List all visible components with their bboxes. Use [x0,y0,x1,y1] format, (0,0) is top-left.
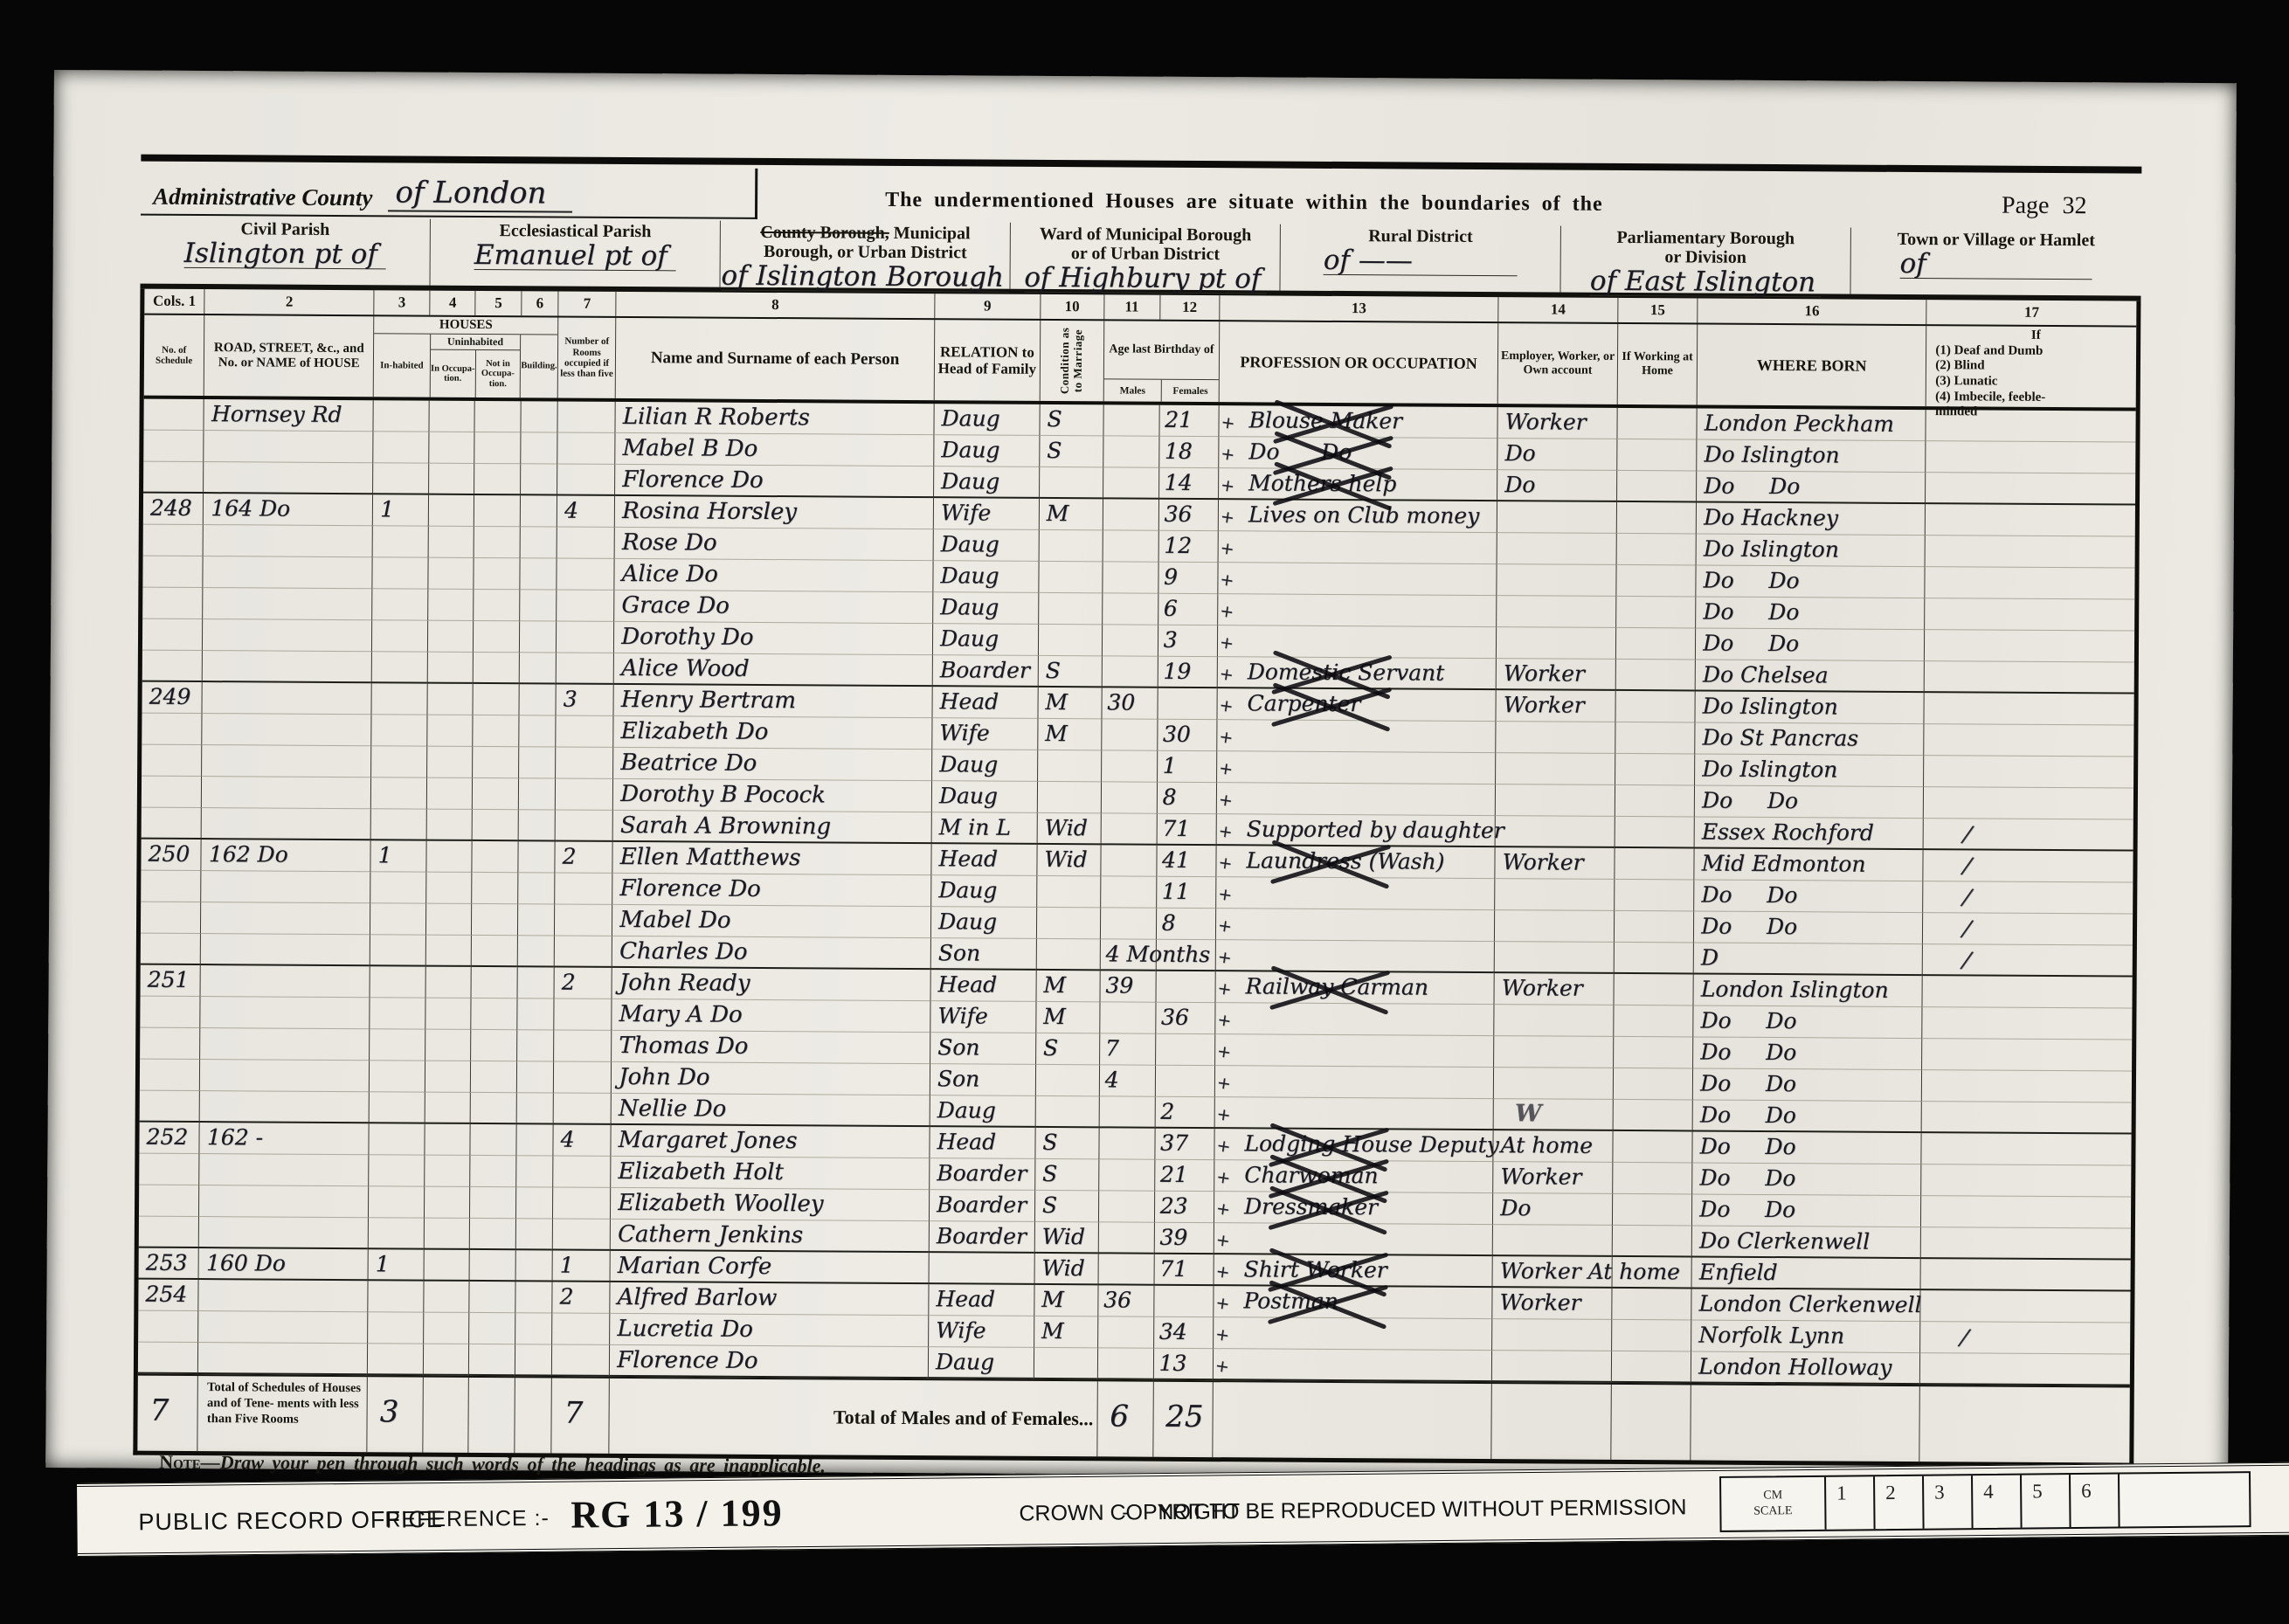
where-born-cell: Do Do [1692,1068,1921,1102]
age-females-cell: 36 [1158,500,1218,531]
relation-cell: Daug [932,624,1038,656]
profession-cell: +Carpenter [1216,688,1495,722]
working-at-home-cell [1611,1351,1691,1384]
column-number: 15 [1617,298,1697,323]
inhabited-cell [370,935,425,966]
in-occupation-cell [423,1313,469,1344]
profession-cell: + [1213,1317,1491,1351]
employer-worker-cell: Worker [1497,407,1617,439]
age-females-cell: 6 [1158,594,1218,625]
working-at-home-cell [1614,880,1693,912]
person-name-cell: Ellen Matthews [612,842,931,875]
not-in-occupation-cell [469,1313,515,1344]
total-empty-cell [1610,1385,1691,1461]
schedule-number-cell [140,997,200,1028]
condition-cell: M [1039,499,1103,530]
person-name-cell: Charles Do [612,936,930,970]
employer-worker-cell [1491,1319,1611,1351]
footnote: Note—Draw your pen through such words of… [159,1451,826,1478]
column-number: 11 [1103,294,1159,319]
infirmity-header-line: (2) Blind [1935,359,1984,375]
not-in-occupation-cell [472,810,518,841]
condition-cell: S [1035,1033,1099,1065]
employer-worker-cell [1496,596,1615,628]
inhabited-cell: 1 [372,494,428,526]
cm-scale-label-line: CM [1721,1488,1824,1504]
where-born-cell: Do Do [1695,597,1924,630]
condition-cell [1034,1348,1097,1379]
profession-text: Blouse Maker [1226,405,1402,436]
age-males-cell [1098,1128,1154,1159]
person-name-cell: Lucretia Do [609,1314,928,1347]
road-name-cell [199,1091,369,1123]
total-empty-cell [422,1378,468,1453]
situate-line: The undermentioned Houses are situate wi… [885,189,1603,217]
employer-worker-cell: Do [1497,439,1616,471]
col-header-not-in-occupation: Not in Occupa-tion. [475,350,520,397]
infirmity-cell [1925,567,2135,599]
col-header-relation: RELATION to Head of Family [934,320,1040,401]
district-field: Rural Districtof —— [1281,225,1561,293]
profession-cell: +Shirt Worker [1213,1254,1491,1288]
in-occupation-cell [426,810,473,841]
cm-scale-ruler: CMSCALE123456 [1719,1471,2251,1532]
district-label: Ward of Municipal Borough [1040,225,1252,245]
profession-text: Lives on Club money [1226,500,1480,531]
person-name-cell: Elizabeth Do [612,716,931,750]
where-born-cell: Do Chelsea [1695,660,1924,693]
profession-text: Shirt Worker [1221,1254,1387,1285]
in-occupation-cell [428,527,474,558]
schedule-number-cell [142,777,202,808]
profession-text: Dressmaker [1221,1192,1378,1222]
profession-cell: + [1217,563,1496,596]
district-value: of [1899,251,2092,280]
not-in-occupation-cell [469,1187,515,1219]
person-name-cell: Florence Do [609,1345,928,1379]
infirmity-cell [1921,1039,2132,1071]
relation-cell: Daug [931,781,1037,813]
district-value: Islington pt of [184,240,386,269]
person-name-cell: Nellie Do [611,1094,930,1127]
age-females-cell: 18 [1158,437,1219,468]
age-males-cell: 36 [1097,1285,1153,1316]
condition-cell: Wid [1034,1222,1098,1254]
inhabited-cell [370,809,426,840]
footnote-note-word: Note [159,1451,201,1473]
where-born-cell: Do Clerkenwell [1691,1226,1920,1259]
in-occupation-cell [424,1187,470,1219]
infirmity-cell [1924,661,2134,694]
building-cell [518,747,555,778]
relation-cell: Daug [931,750,1037,782]
enumerator-tick-mark: + [1216,910,1234,942]
schedule-number-cell [143,462,204,494]
age-males-cell [1098,1096,1154,1128]
person-name-cell: Grace Do [613,591,932,624]
working-at-home-cell [1613,1100,1692,1132]
working-at-home-cell [1613,1005,1692,1038]
employer-worker-cell: W [1493,1099,1613,1131]
inhabited-cell [369,1123,425,1155]
working-at-home-cell [1616,502,1696,535]
where-born-cell: D [1693,943,1922,976]
schedule-number-cell [141,902,201,934]
profession-text: Supported by daughter [1224,814,1504,846]
not-in-occupation-cell [471,904,517,936]
col-header-condition-text: Condition as to Marriage [1059,322,1085,399]
inhabited-cell [370,777,426,809]
age-males-cell [1103,499,1158,530]
in-occupation-cell [427,653,474,684]
enumerator-tick-mark: + [1215,1005,1234,1036]
schedule-number-cell [140,1060,200,1091]
age-males-cell [1098,1191,1154,1222]
where-born-cell: London Islington [1693,974,1922,1007]
person-name-cell: Dorothy Do [613,622,932,655]
profession-cell: + [1214,1097,1493,1130]
schedule-number-cell: 249 [142,682,203,714]
building-cell [517,873,554,904]
not-in-occupation-cell [470,1124,516,1156]
relation-cell: Wife [930,1001,1035,1033]
ruler-cm-cell: 2 [1873,1476,1923,1530]
schedule-number-cell [140,1028,200,1060]
infirmity-cell [1919,1353,2130,1386]
profession-cell: + [1214,1066,1493,1099]
relation-cell: Head [931,687,1037,719]
in-occupation-cell [426,747,473,778]
age-females-cell: 21 [1154,1160,1214,1192]
rooms-cell [553,1094,611,1125]
district-value: of —— [1324,247,1518,276]
table-body: Hornsey RdLilian R RobertsDaugS21+Blouse… [138,399,2136,1386]
person-name-cell: Florence Do [612,874,930,907]
inhabited-cell: 1 [368,1249,424,1281]
schedule-number-cell [138,1311,198,1343]
condition-cell [1037,782,1101,813]
total-schedules-value: 7 [137,1376,197,1451]
total-row: 7 Total of Schedules of Houses and of Te… [137,1374,2129,1463]
column-number: Cols. 1 [144,289,204,314]
road-name-cell [204,431,373,463]
schedule-number-cell: 251 [141,965,201,997]
infirmity-cell [1921,1133,2132,1165]
employer-worker-cell: Do [1492,1193,1612,1226]
condition-cell: Wid [1034,1254,1097,1285]
column-number: 8 [615,292,934,318]
inhabited-cell [368,1281,424,1312]
district-label: County Borough, Municipal [760,223,970,243]
condition-cell [1038,562,1102,593]
administrative-county-value: of London [388,175,572,212]
total-males-females-label: Total of Males and of Females... [609,1379,1097,1456]
employer-worker-cell [1491,1351,1611,1383]
where-born-cell: Do Islington [1695,691,1924,724]
person-name-cell: Dorothy B Pocock [612,779,931,812]
total-females-value: 25 [1152,1382,1213,1457]
condition-cell: M [1035,971,1099,1002]
enumerator-tick-mark: + [1217,753,1235,784]
age-males-cell [1101,656,1157,688]
not-in-occupation-cell [474,432,521,464]
rooms-cell [555,811,612,842]
employer-worker-cell: Worker [1495,847,1615,880]
person-name-cell: Alfred Barlow [609,1282,928,1316]
infirmity-stroke-mark: ∕ [1922,847,1974,880]
condition-cell [1037,750,1101,782]
district-label-line1: Civil Parish [241,219,330,239]
person-name-cell: Mabel B Do [614,433,933,466]
building-cell [516,999,553,1030]
inhabited-cell [372,526,428,557]
relation-cell: Head [930,844,1036,876]
building-cell [515,1156,552,1187]
road-name-cell [200,997,370,1029]
enumerator-tick-mark: + [1218,596,1236,627]
district-field: Ward of Municipal Boroughor of Urban Dis… [1011,223,1282,291]
infirmity-cell [1921,1070,2132,1102]
where-born-cell: Essex Rochford [1694,817,1923,850]
where-born-cell: Do Hackney [1696,502,1925,536]
district-label: Civil Parish [241,219,330,239]
age-females-cell: 34 [1153,1317,1214,1349]
building-cell [519,590,556,621]
age-males-cell [1102,530,1158,562]
in-occupation-cell [427,590,474,621]
infirmity-cell: ∕ [1923,850,2133,882]
district-label: Town or Village or Hamlet [1898,230,2095,250]
inhabited-cell [371,683,427,715]
condition-cell: S [1034,1191,1098,1222]
age-males-cell [1101,719,1157,750]
not-in-occupation-cell [471,999,517,1030]
building-cell [517,936,554,967]
not-in-occupation-cell [471,967,517,999]
employer-worker-cell: Worker [1492,1162,1612,1194]
profession-cell: +Mothers help [1218,468,1497,501]
infirmity-cell [1925,473,2135,505]
inhabited-cell [370,903,425,935]
relation-cell: Daug [928,1347,1034,1379]
age-males-cell [1100,813,1156,845]
infirmity-stroke-mark: ∕ [1922,878,1974,911]
enumerator-tick-mark: + [1214,1351,1232,1382]
building-cell [516,1030,553,1061]
reference-number: RG 13 / 199 [571,1490,784,1537]
working-at-home-cell [1615,754,1694,786]
where-born-cell: Do Do [1695,565,1924,598]
condition-cell [1036,908,1100,939]
ruler-cm-cell: 1 [1824,1476,1874,1530]
profession-text: Laundress (Wash) [1223,846,1444,877]
column-number: 9 [934,294,1040,319]
inhabited-cell [367,1344,423,1375]
employer-worker-cell [1492,1225,1612,1257]
building-cell [517,904,554,936]
age-males-cell [1103,436,1158,467]
in-occupation-cell [426,715,473,747]
cm-scale-label: CMSCALE [1721,1477,1825,1531]
schedule-number-cell: 252 [139,1123,199,1154]
in-occupation-cell [425,999,471,1030]
district-label-line1: Ecclesiastical Parish [499,221,651,241]
infirmity-cell [1924,598,2134,631]
col-header-uninhabited-group: Uninhabited In Occupa-tion. Not in Occup… [430,335,522,398]
not-in-occupation-cell [474,401,521,432]
col-header-infirmity: If(1) Deaf and Dumb(2) Blind(3) Lunatic(… [1926,326,2136,407]
inhabited-cell [368,1186,424,1218]
schedule-number-cell [142,619,203,651]
condition-cell: M [1035,1002,1099,1033]
age-females-cell: 19 [1157,657,1217,688]
employer-worker-cell: Worker [1494,973,1614,1005]
col-header-road: ROAD, STREET, &c., and No. or NAME of HO… [204,315,373,397]
not-in-occupation-cell [469,1219,515,1250]
col-header-rooms: Number of Rooms occupied if less than fi… [557,318,616,398]
district-label-line2: or of Urban District [1071,244,1220,264]
in-occupation-cell [428,495,474,527]
infirmity-cell [1924,693,2134,725]
enumerator-tick-mark: + [1215,1036,1234,1068]
age-males-cell [1102,593,1158,625]
district-label-line1: Town or Village or Hamlet [1898,230,2095,250]
age-males-cell [1102,625,1158,656]
age-males-cell [1101,782,1157,813]
not-in-occupation-cell [474,558,520,590]
person-name-cell: Rosina Horsley [614,496,933,529]
district-value: of East Islington [1590,268,1821,298]
relation-cell: M in L [931,812,1037,845]
road-name-cell [199,1028,369,1061]
district-label-line1: Parliamentary Borough [1616,228,1795,248]
person-name-cell: Henry Bertram [613,685,932,718]
working-at-home-cell [1613,1037,1692,1069]
relation-cell: Head [930,970,1035,1002]
age-males-cell [1097,1222,1153,1254]
col-header-condition: Condition as to Marriage [1040,321,1104,401]
inhabited-cell [371,589,427,620]
where-born-cell: Do Do [1692,1037,1921,1070]
condition-cell: M [1034,1285,1097,1316]
condition-cell [1038,625,1102,656]
schedule-number-cell [142,556,203,588]
condition-cell [1035,1065,1099,1096]
person-name-cell: Elizabeth Woolley [610,1188,929,1221]
inhabited-cell [370,715,426,746]
relation-cell: Son [930,1064,1035,1096]
where-born-cell: Do Islington [1696,439,1925,473]
condition-cell: S [1034,1159,1098,1191]
col-header-at-home: If Working at Home [1617,324,1698,405]
enumerator-tick-mark: + [1215,1068,1234,1099]
profession-cell: + [1213,1349,1491,1382]
person-name-cell: Beatrice Do [612,748,931,781]
infirmity-cell: ∕ [1922,944,2133,977]
in-occupation-cell [427,684,474,715]
building-cell [519,653,556,684]
road-name-cell [198,1280,368,1312]
col-header-age-group: Age last Birthday of Males Females [1103,321,1219,402]
infirmity-cell [1920,1290,2131,1323]
age-males-cell [1098,1159,1154,1191]
employer-worker-cell [1493,1036,1613,1068]
district-label-line1: Rural District [1368,226,1473,246]
working-at-home-cell [1616,471,1696,503]
condition-cell: Wid [1036,813,1100,845]
column-number: 10 [1040,294,1103,319]
age-females-cell: 41 [1156,846,1216,877]
profession-text: Carpenter [1224,688,1360,719]
in-occupation-cell [425,1061,471,1093]
condition-cell [1036,939,1100,971]
inhabited-cell [373,400,429,432]
building-cell [520,432,557,464]
working-at-home-cell [1613,1068,1692,1101]
inhabited-cell [372,463,428,494]
age-males-cell: 4 [1099,1065,1155,1096]
infirmity-cell [1920,1227,2131,1260]
building-cell [518,810,555,841]
schedule-number-cell: 248 [143,494,204,525]
infirmity-cell [1925,504,2135,536]
building-cell [515,1250,551,1282]
relation-cell: Head [928,1284,1034,1316]
infirmity-cell: ∕ [1922,913,2133,945]
age-males-cell [1097,1254,1153,1285]
footnote-text: —Draw your pen through such words of the… [201,1451,826,1476]
relation-cell: Wife [933,498,1039,530]
in-occupation-cell [425,1030,471,1061]
enumerator-tick-mark: + [1215,942,1234,973]
schedule-number-cell [139,1154,199,1185]
rooms-cell [552,1188,610,1220]
age-females-cell [1153,1286,1214,1317]
inhabited-cell [369,998,425,1029]
rooms-cell [553,1062,611,1094]
age-females-cell [1155,940,1215,971]
column-number: 2 [204,289,374,314]
working-at-home-cell [1614,911,1693,943]
in-occupation-cell [428,401,474,432]
person-name-cell: Margaret Jones [611,1125,930,1158]
infirmity-cell: ∕ [1922,881,2133,914]
building-cell [515,1282,551,1313]
employer-worker-cell: Worker [1491,1288,1611,1320]
in-occupation-cell [423,1282,469,1313]
column-number: 14 [1497,297,1617,322]
person-name-cell: Mabel Do [612,905,930,938]
age-males-cell [1100,908,1156,939]
enumerator-tick-mark: + [1216,879,1234,910]
building-cell [516,1061,553,1093]
inhabited-cell [367,1312,423,1344]
rooms-cell [551,1345,609,1377]
profession-cell: +Do Do [1218,437,1497,470]
inhabited-cell [372,432,428,463]
profession-cell: + [1216,751,1495,784]
rooms-cell [553,999,611,1031]
profession-cell: + [1216,783,1495,816]
infirmity-stroke-mark: ∕ [1919,1318,1971,1351]
road-name-cell [200,965,370,998]
working-at-home-cell [1613,974,1692,1006]
infirmity-cell [1922,976,2133,1008]
not-in-occupation-cell [474,590,520,621]
infirmity-cell [1921,1102,2132,1134]
ruler-empty-cell [2118,1473,2250,1526]
inhabited-cell [370,966,425,998]
